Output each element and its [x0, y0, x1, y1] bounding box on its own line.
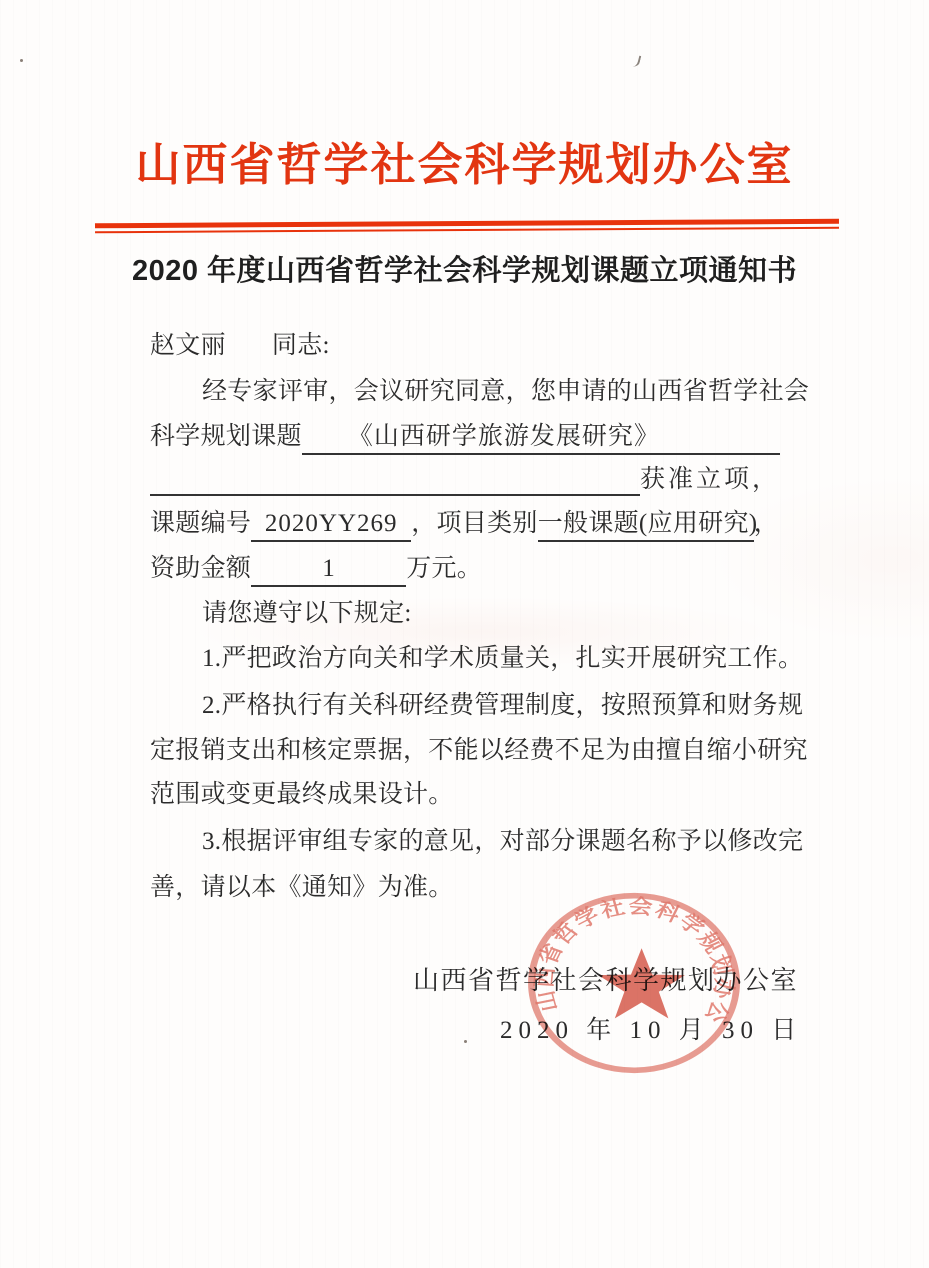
seal-star-icon	[598, 948, 685, 1018]
rules-intro: 请您遵守以下规定:	[202, 598, 412, 630]
category-underline: 一般课题(应用研究)	[538, 508, 754, 542]
rule-3-line-2: 善，请以本《通知》为准。	[150, 872, 454, 904]
project-number-underline: 2020YY269	[251, 508, 411, 542]
rule-3-line-1: 3.根据评审组专家的意见，对部分课题名称予以修改完	[202, 826, 803, 858]
rule-2-line-3: 范围或变更最终成果设计。	[150, 779, 454, 811]
rule-1-line-1: 1.严把政治方向关和学术质量关，扎实开展研究工作。	[202, 643, 803, 675]
blank-underline	[150, 464, 640, 496]
rule-2-line-1: 2.严格执行有关科研经费管理制度，按照预算和财务规	[202, 690, 803, 722]
scanned-document-page: 山西省哲学社会科学规划办公室 2020 年度山西省哲学社会科学规划课题立项通知书…	[0, 0, 929, 1268]
rule-2-line-2: 定报销支出和核定票据，不能以经费不足为由擅自缩小研究	[150, 735, 808, 767]
recipient-name: 赵文丽	[150, 332, 226, 359]
funding-underline: 1	[251, 553, 406, 587]
project-title-label: 科学规划课题	[150, 423, 302, 450]
category-comma: ，	[754, 510, 779, 537]
salutation-honorific: 同志:	[272, 332, 330, 359]
body-line-5: 资助金额1万元。	[150, 553, 482, 587]
scan-speck	[20, 59, 23, 62]
project-title-underline: 《山西研学旅游发展研究》	[302, 421, 780, 455]
letterhead-title: 山西省哲学社会科学规划办公室	[0, 128, 929, 193]
project-number-label: 课题编号	[150, 510, 251, 537]
body-line-1: 经专家评审，会议研究同意，您申请的山西省哲学社会	[202, 376, 809, 408]
funding-label: 资助金额	[150, 555, 251, 582]
scan-scratch-mark	[632, 54, 642, 67]
category-label: ，项目类别	[411, 510, 538, 537]
document-title: 2020 年度山西省哲学社会科学规划课题立项通知书	[0, 248, 929, 289]
body-line-3: 获准立项，	[150, 464, 780, 496]
funding-suffix: 万元。	[406, 555, 482, 582]
letterhead-separator-rule	[95, 219, 839, 234]
scan-speck	[464, 1040, 467, 1043]
body-line-2: 科学规划课题《山西研学旅游发展研究》	[150, 421, 780, 455]
official-seal: 山西省哲学社会科学规划办公室	[520, 886, 748, 1080]
salutation-line: 赵文丽同志:	[150, 330, 330, 362]
body-line-4: 课题编号2020YY269，项目类别一般课题(应用研究)，	[150, 508, 779, 542]
approved-text: 获准立项，	[640, 466, 780, 493]
